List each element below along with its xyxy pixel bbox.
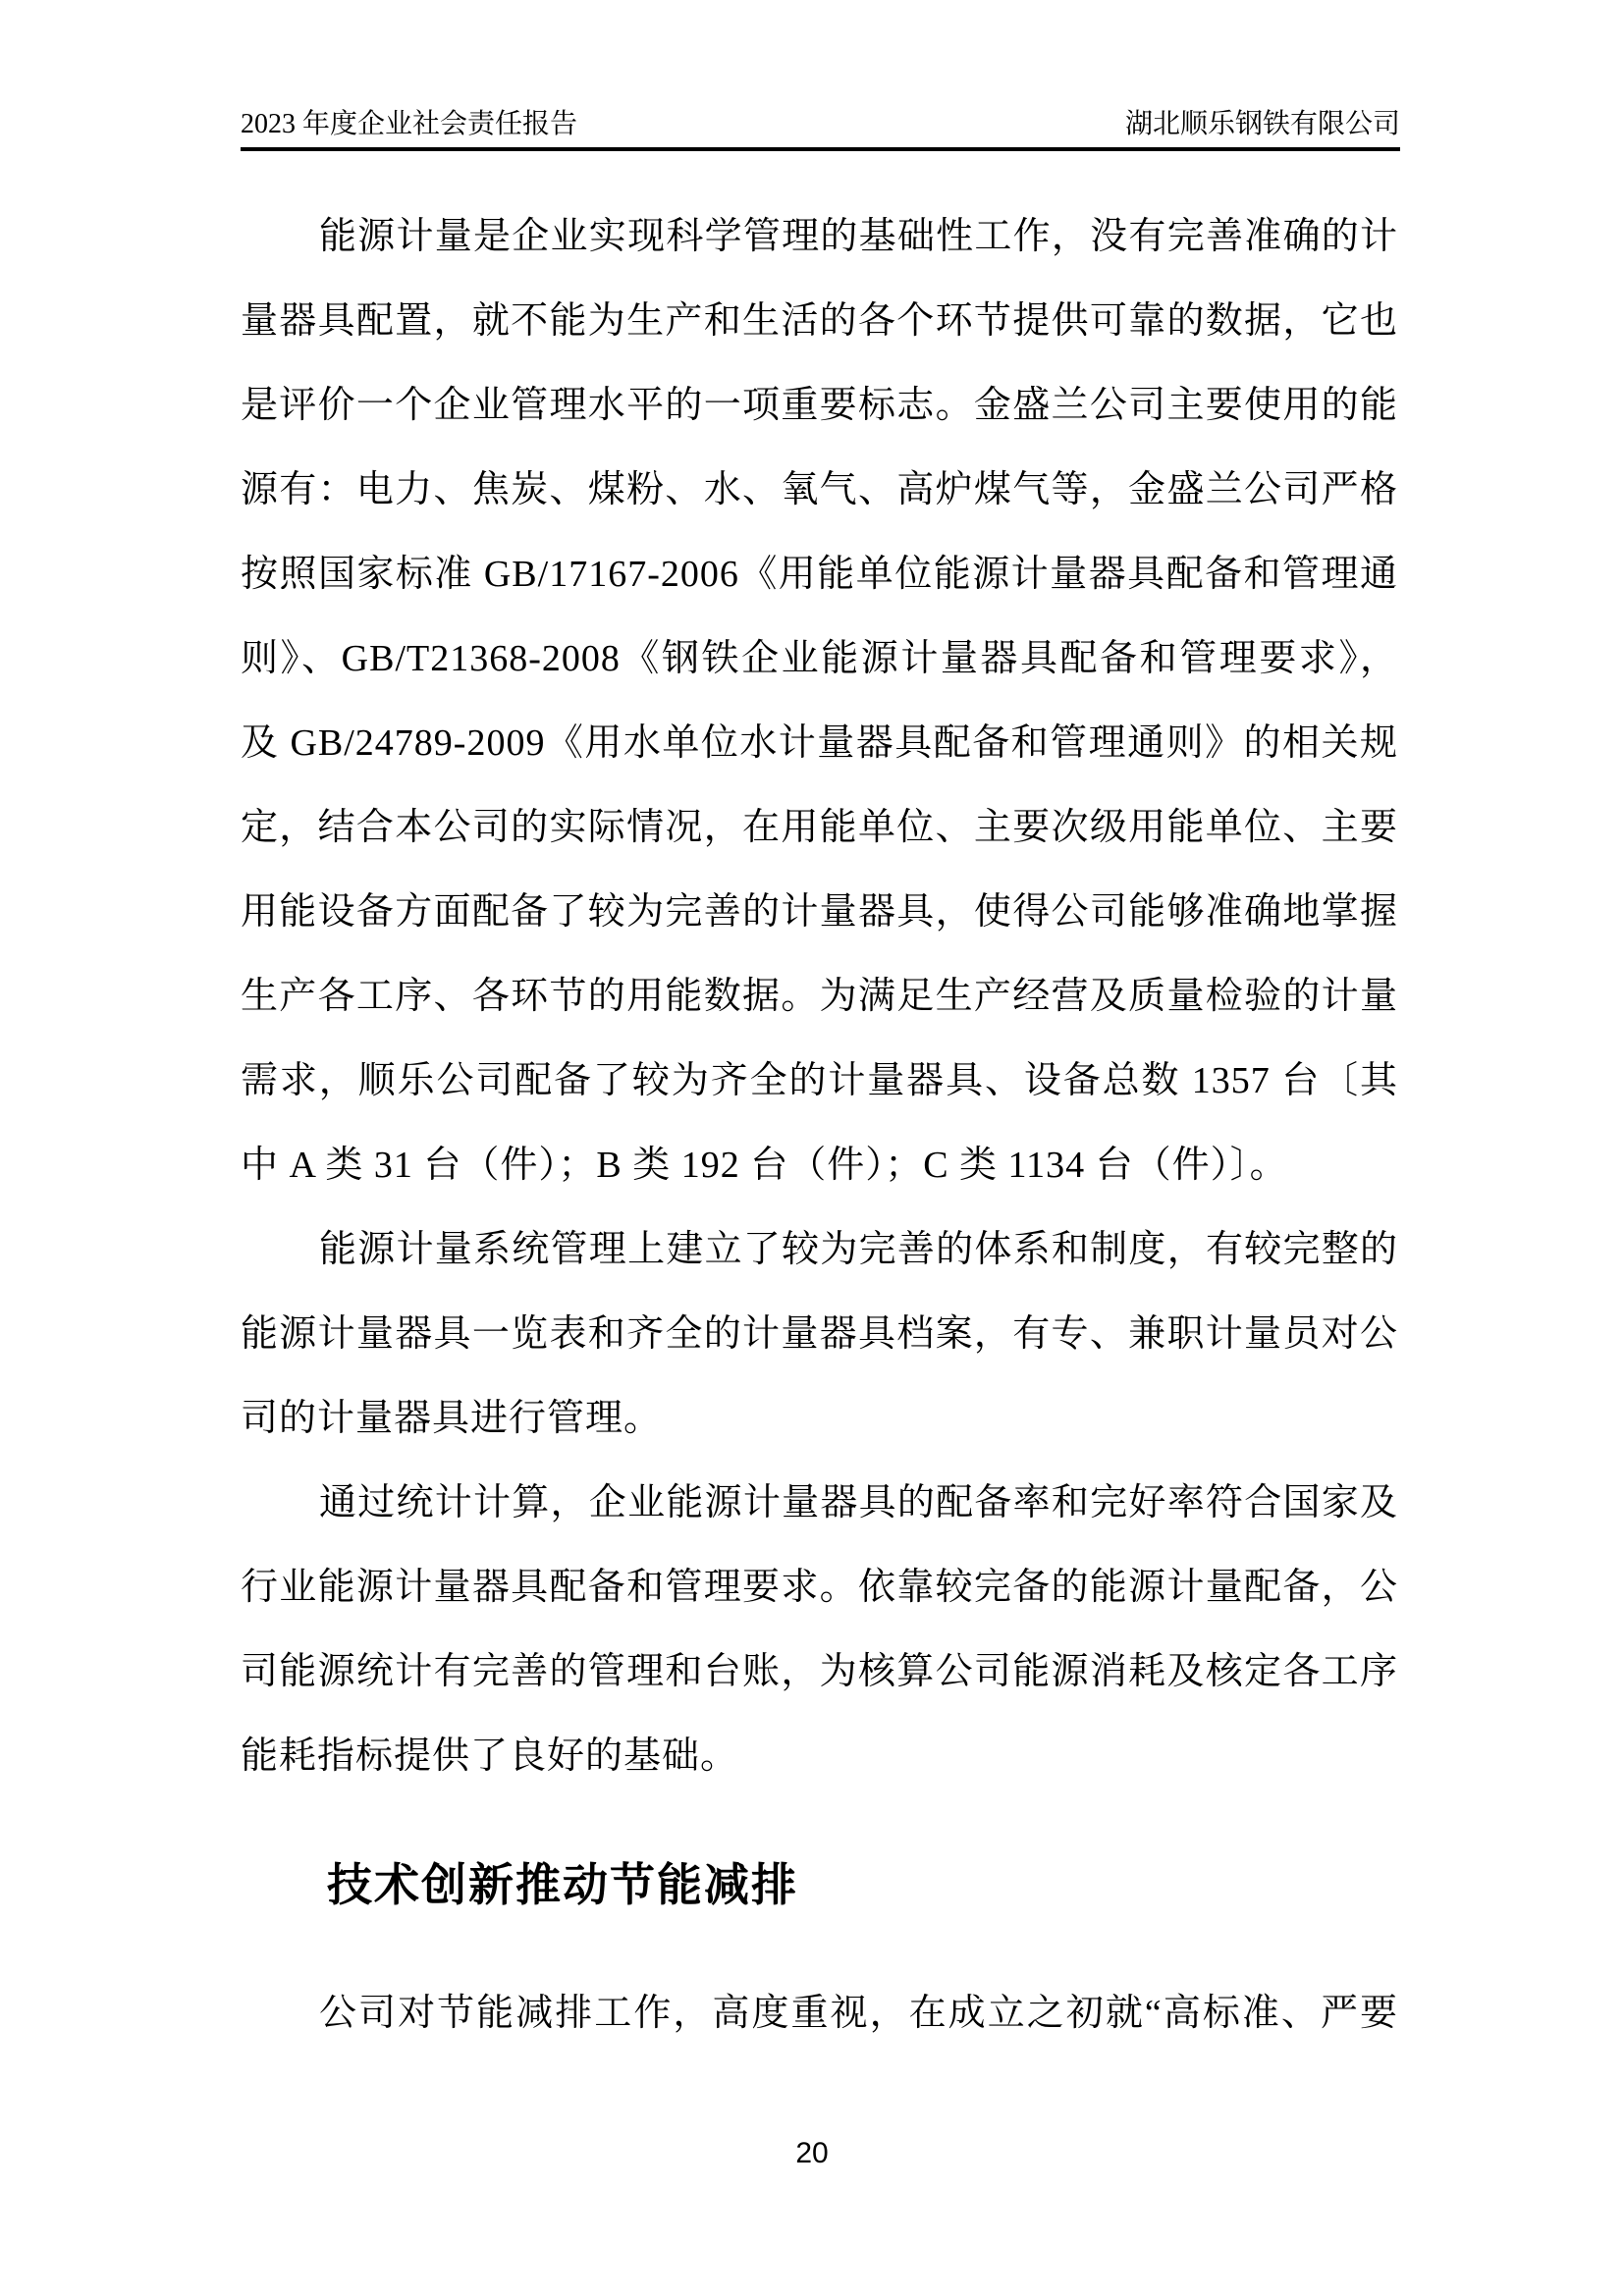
text-line: 行业能源计量器具配备和管理要求。依靠较完备的能源计量配备，公 — [241, 1545, 1398, 1629]
header-report-title: 2023 年度企业社会责任报告 — [241, 108, 577, 141]
text-line: 能源计量器具一览表和齐全的计量器具档案，有专、兼职计量员对公 — [241, 1292, 1398, 1376]
page-header: 2023 年度企业社会责任报告 湖北顺乐钢铁有限公司 — [241, 108, 1400, 146]
paragraph-energy-metering: 能源计量是企业实现科学管理的基础性工作，没有完善准确的计 量器具配置，就不能为生… — [241, 194, 1398, 1207]
text-line: 用能设备方面配备了较为完善的计量器具，使得公司能够准确地掌握 — [241, 870, 1398, 954]
header-company-name: 湖北顺乐钢铁有限公司 — [1125, 108, 1400, 141]
text-line: 量器具配置，就不能为生产和生活的各个环节提供可靠的数据，它也 — [241, 279, 1398, 363]
text-line: 能耗指标提供了良好的基础。 — [241, 1714, 1398, 1798]
text-line: 源有：电力、焦炭、煤粉、水、氧气、高炉煤气等，金盛兰公司严格 — [241, 448, 1398, 532]
text-line: 是评价一个企业管理水平的一项重要标志。金盛兰公司主要使用的能 — [241, 363, 1398, 448]
section-heading: 技术创新推动节能减排 — [241, 1842, 1398, 1927]
page-footer: 20 — [0, 2136, 1624, 2171]
paragraph-statistics: 通过统计计算，企业能源计量器具的配备率和完好率符合国家及 行业能源计量器具配备和… — [241, 1461, 1398, 1798]
paragraph-energy-saving: 公司对节能减排工作，高度重视，在成立之初就“高标准、严要 — [241, 1971, 1398, 2056]
text-line: 生产各工序、各环节的用能数据。为满足生产经营及质量检验的计量 — [241, 954, 1398, 1039]
text-line: 能源计量是企业实现科学管理的基础性工作，没有完善准确的计 — [241, 194, 1398, 279]
text-line: 司能源统计有完善的管理和台账，为核算公司能源消耗及核定各工序 — [241, 1629, 1398, 1714]
text-line: 按照国家标准 GB/17167-2006《用能单位能源计量器具配备和管理通 — [241, 532, 1398, 616]
text-line: 需求，顺乐公司配备了较为齐全的计量器具、设备总数 1357 台〔其 — [241, 1039, 1398, 1123]
document-body: 能源计量是企业实现科学管理的基础性工作，没有完善准确的计 量器具配置，就不能为生… — [241, 194, 1398, 2056]
page-number: 20 — [795, 2137, 828, 2169]
text-line: 定，结合本公司的实际情况，在用能单位、主要次级用能单位、主要 — [241, 785, 1398, 870]
text-line: 能源计量系统管理上建立了较为完善的体系和制度，有较完整的 — [241, 1207, 1398, 1292]
text-line: 公司对节能减排工作，高度重视，在成立之初就“高标准、严要 — [241, 1971, 1398, 2056]
text-line: 司的计量器具进行管理。 — [241, 1376, 1398, 1461]
text-line: 及 GB/24789-2009《用水单位水计量器具配备和管理通则》的相关规 — [241, 701, 1398, 785]
paragraph-metering-system: 能源计量系统管理上建立了较为完善的体系和制度，有较完整的 能源计量器具一览表和齐… — [241, 1207, 1398, 1461]
text-line: 则》、GB/T21368-2008《钢铁企业能源计量器具配备和管理要求》， — [241, 616, 1398, 701]
header-rule — [241, 147, 1400, 151]
document-page: 2023 年度企业社会责任报告 湖北顺乐钢铁有限公司 能源计量是企业实现科学管理… — [0, 0, 1624, 2296]
text-line: 通过统计计算，企业能源计量器具的配备率和完好率符合国家及 — [241, 1461, 1398, 1545]
text-line: 中 A 类 31 台（件）；B 类 192 台（件）；C 类 1134 台（件）… — [241, 1123, 1398, 1207]
